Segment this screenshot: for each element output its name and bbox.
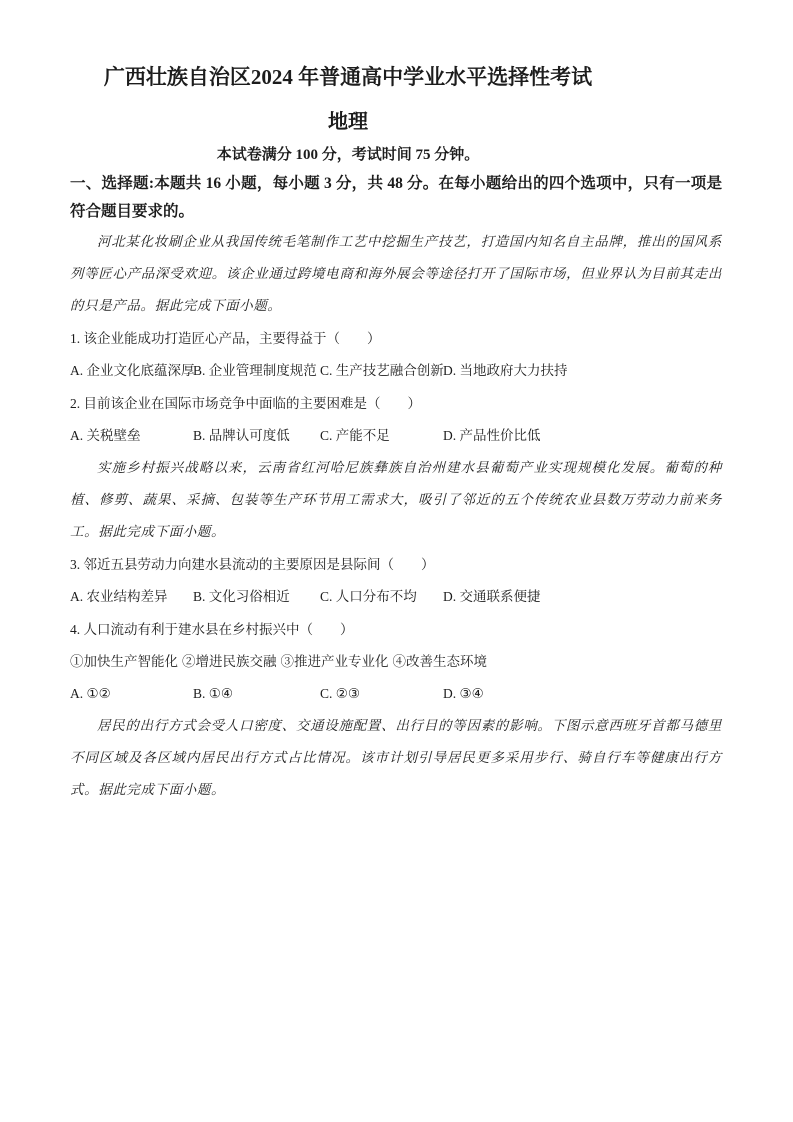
- sub-option-3: ③推进产业专业化: [281, 646, 389, 678]
- question-stem: 2. 目前该企业在国际市场竞争中面临的主要困难是（ ）: [70, 388, 722, 420]
- option-c: C. 人口分布不均: [320, 581, 443, 613]
- option-b: B. 文化习俗相近: [193, 581, 320, 613]
- option-a: A. 农业结构差异: [70, 581, 193, 613]
- question-options: A. ①② B. ①④ C. ②③ D. ③④: [70, 678, 722, 710]
- option-d: D. ③④: [443, 678, 722, 710]
- option-c: C. ②③: [320, 678, 443, 710]
- option-a: A. 企业文化底蕴深厚: [70, 355, 193, 387]
- question-options: A. 企业文化底蕴深厚 B. 企业管理制度规范 C. 生产技艺融合创新 D. 当…: [70, 355, 722, 387]
- option-c: C. 产能不足: [320, 420, 443, 452]
- passage: 实施乡村振兴战略以来，云南省红河哈尼族彝族自治州建水县葡萄产业实现规模化发展。葡…: [70, 452, 722, 548]
- sub-option-1: ①加快生产智能化: [70, 646, 178, 678]
- option-d: D. 产品性价比低: [443, 420, 722, 452]
- option-b: B. 品牌认可度低: [193, 420, 320, 452]
- section-heading: 一、选择题:本题共 16 小题，每小题 3 分，共 48 分。在每小题给出的四个…: [70, 170, 722, 226]
- exam-info-line: 本试卷满分 100 分，考试时间 75 分钟。: [70, 144, 626, 166]
- question-stem: 4. 人口流动有利于建水县在乡村振兴中（ ）: [70, 614, 722, 646]
- passage: 河北某化妆刷企业从我国传统毛笔制作工艺中挖掘生产技艺，打造国内知名自主品牌，推出…: [70, 226, 722, 322]
- exam-subject: 地理: [70, 108, 626, 136]
- question-4: 4. 人口流动有利于建水县在乡村振兴中（ ） ①加快生产智能化 ②增进民族交融 …: [70, 614, 722, 710]
- sub-option-2: ②增进民族交融: [182, 646, 277, 678]
- question-stem: 1. 该企业能成功打造匠心产品，主要得益于（ ）: [70, 323, 722, 355]
- exam-page: 广西壮族自治区2024 年普通高中学业水平选择性考试 地理 本试卷满分 100 …: [0, 0, 793, 1122]
- question-sub-options: ①加快生产智能化 ②增进民族交融 ③推进产业专业化 ④改善生态环境: [70, 646, 722, 678]
- passage: 居民的出行方式会受人口密度、交通设施配置、出行目的等因素的影响。下图示意西班牙首…: [70, 710, 722, 806]
- option-a: A. ①②: [70, 678, 193, 710]
- option-a: A. 关税壁垒: [70, 420, 193, 452]
- option-d: D. 交通联系便捷: [443, 581, 722, 613]
- question-options: A. 关税壁垒 B. 品牌认可度低 C. 产能不足 D. 产品性价比低: [70, 420, 722, 452]
- question-1: 1. 该企业能成功打造匠心产品，主要得益于（ ） A. 企业文化底蕴深厚 B. …: [70, 323, 722, 387]
- option-d: D. 当地政府大力扶持: [443, 355, 722, 387]
- option-c: C. 生产技艺融合创新: [320, 355, 443, 387]
- question-options: A. 农业结构差异 B. 文化习俗相近 C. 人口分布不均 D. 交通联系便捷: [70, 581, 722, 613]
- option-b: B. ①④: [193, 678, 320, 710]
- question-stem: 3. 邻近五县劳动力向建水县流动的主要原因是县际间（ ）: [70, 549, 722, 581]
- exam-header: 广西壮族自治区2024 年普通高中学业水平选择性考试 地理 本试卷满分 100 …: [70, 62, 722, 166]
- question-2: 2. 目前该企业在国际市场竞争中面临的主要困难是（ ） A. 关税壁垒 B. 品…: [70, 388, 722, 452]
- question-3: 3. 邻近五县劳动力向建水县流动的主要原因是县际间（ ） A. 农业结构差异 B…: [70, 549, 722, 613]
- option-b: B. 企业管理制度规范: [193, 355, 320, 387]
- exam-title: 广西壮族自治区2024 年普通高中学业水平选择性考试: [70, 62, 626, 92]
- sub-option-4: ④改善生态环境: [393, 646, 488, 678]
